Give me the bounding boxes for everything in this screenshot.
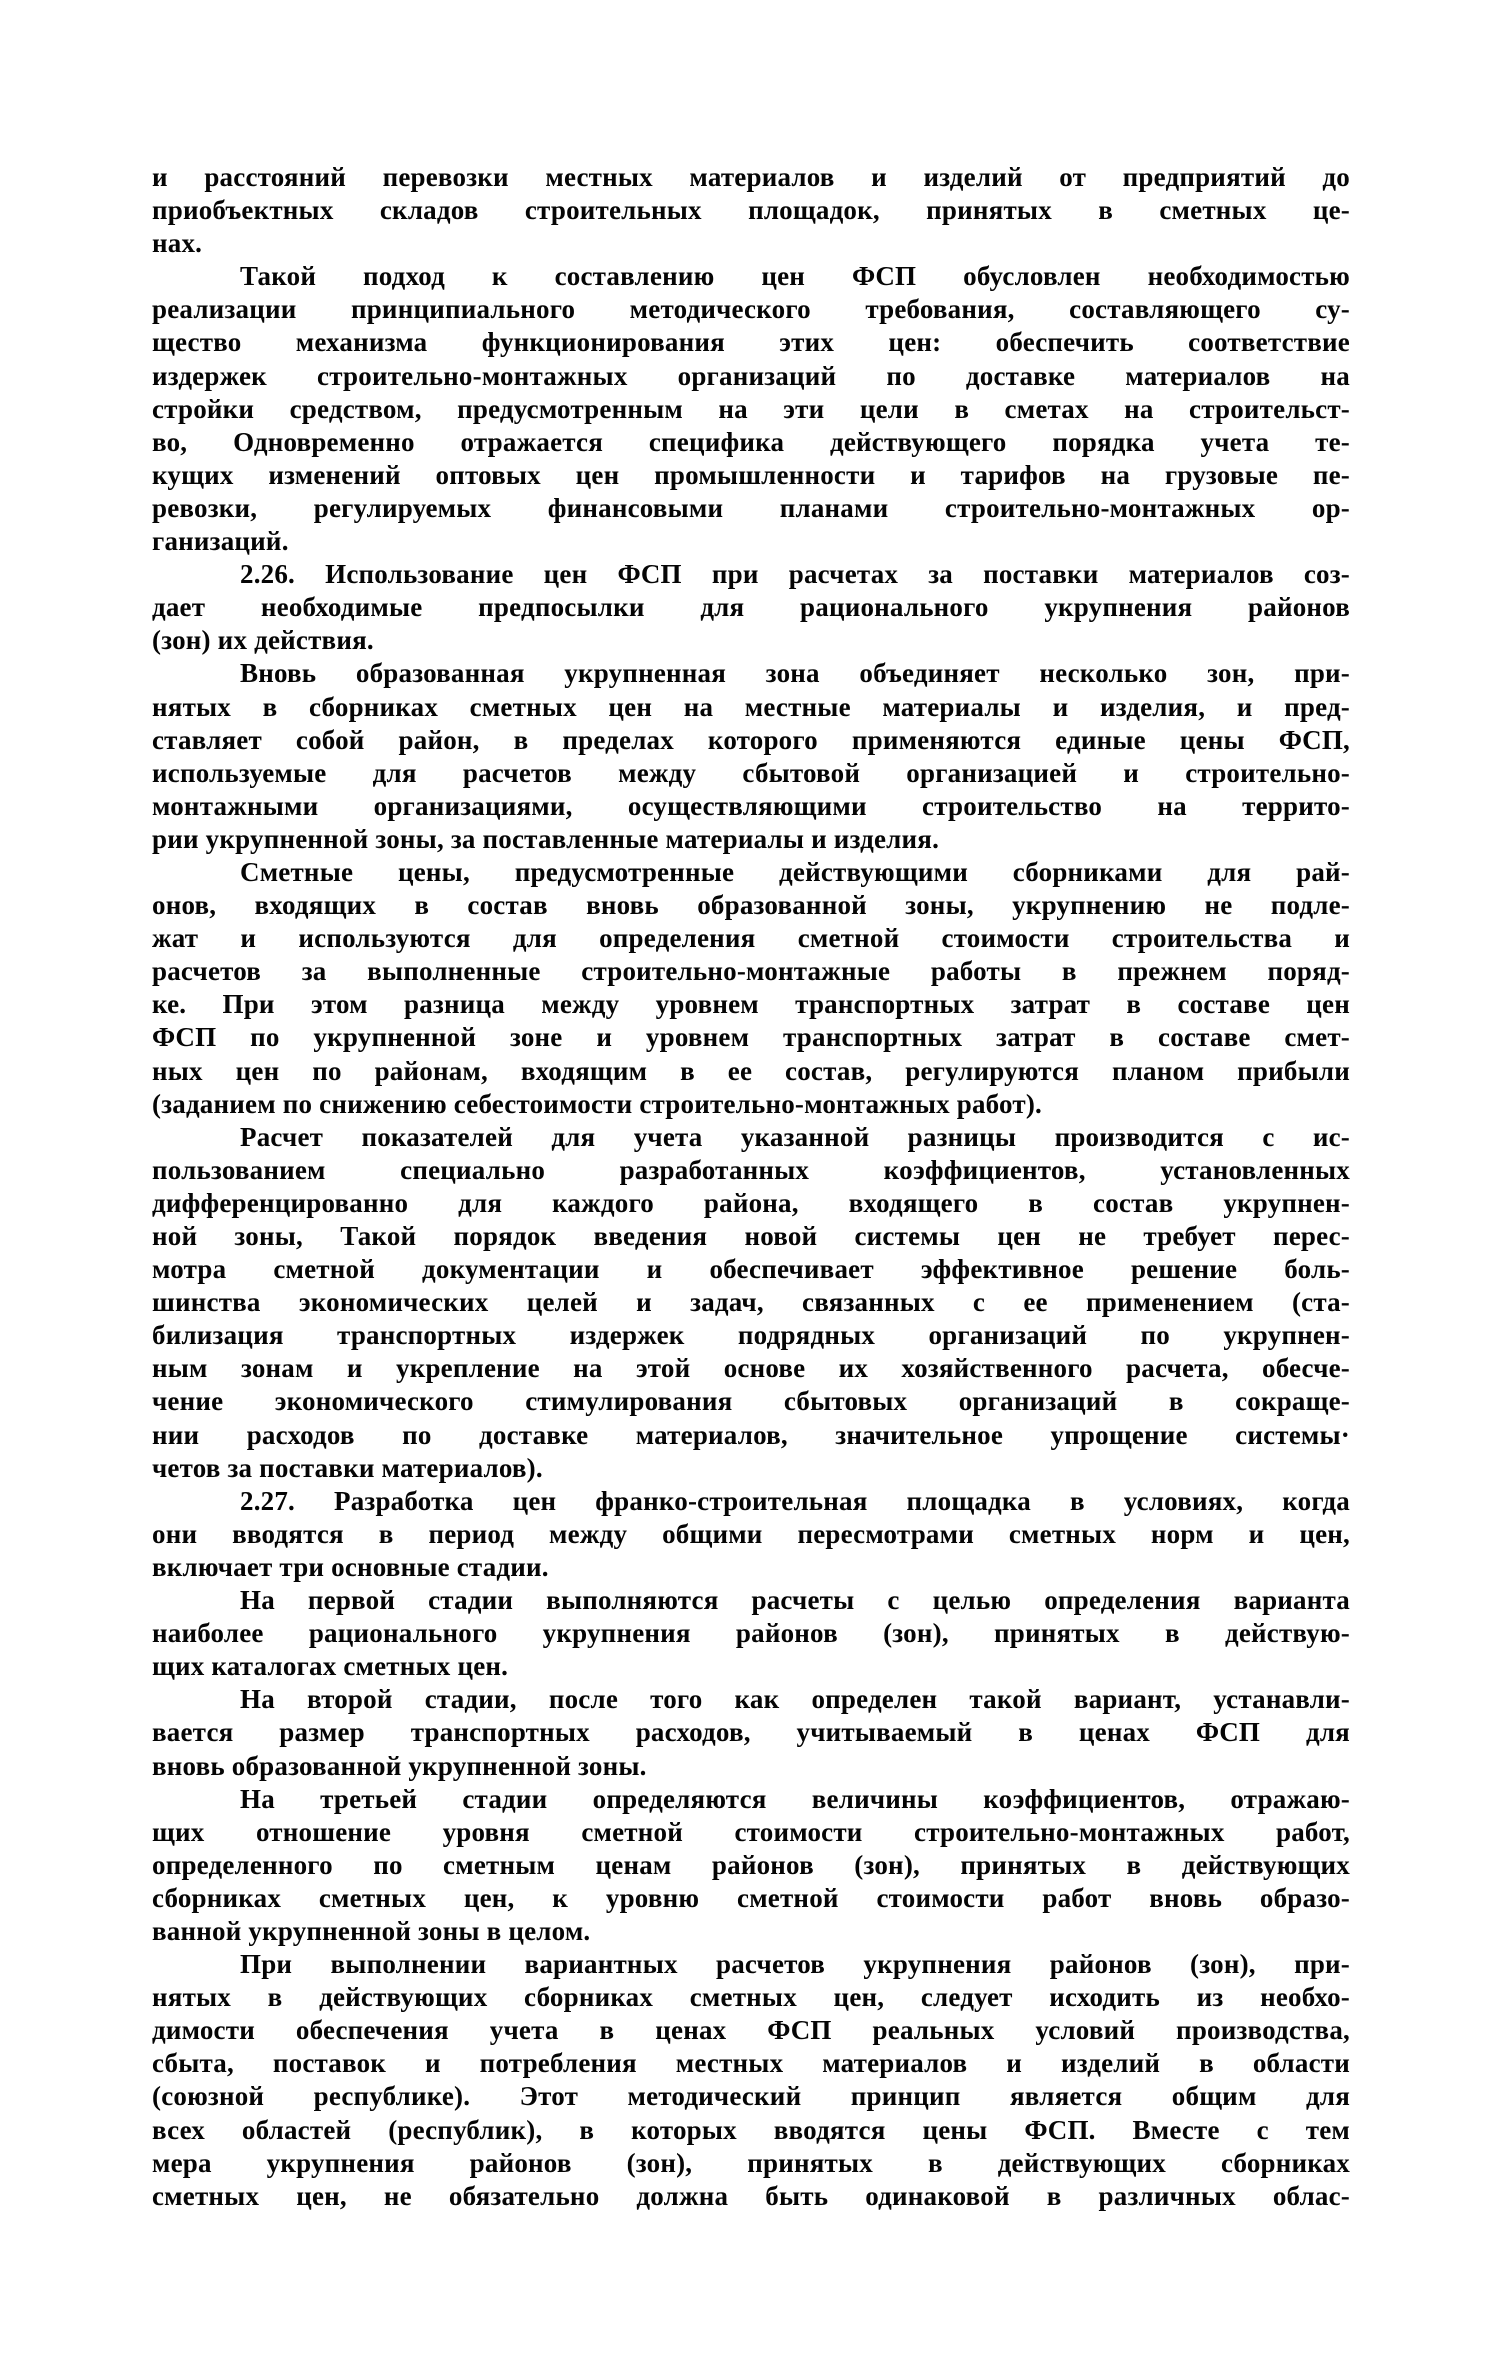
text-line: сбыта, поставок и потребления местных ма…: [152, 2047, 1350, 2080]
text-line: реализации принципиального методического…: [152, 293, 1350, 326]
text-line: ревозки, регулируемых финансовыми планам…: [152, 492, 1350, 525]
text-line: ФСП по укрупненной зоне и уровнем трансп…: [152, 1021, 1350, 1054]
text-line: чение экономического стимулирования сбыт…: [152, 1385, 1350, 1418]
text-line: ганизаций.: [152, 525, 1350, 558]
text-line: 2.26. Использование цен ФСП при расчетах…: [152, 558, 1350, 591]
text-line: вновь образованной укрупненной зоны.: [152, 1750, 1350, 1783]
text-line: билизация транспортных издержек подрядны…: [152, 1319, 1350, 1352]
text-line: расчетов за выполненные строительно-монт…: [152, 955, 1350, 988]
text-line: ных цен по районам, входящим в ее состав…: [152, 1055, 1350, 1088]
text-line: нятых в действующих сборниках сметных це…: [152, 1981, 1350, 2014]
text-line: дифференцированно для каждого района, вх…: [152, 1187, 1350, 1220]
text-line: нии расходов по доставке материалов, зна…: [152, 1419, 1350, 1452]
text-line: вается размер транспортных расходов, учи…: [152, 1716, 1350, 1749]
text-line: онов, входящих в состав вновь образованн…: [152, 889, 1350, 922]
text-line: стройки средством, предусмотренным на эт…: [152, 393, 1350, 426]
text-line: используемые для расчетов между сбытовой…: [152, 757, 1350, 790]
text-line: (союзной республике). Этот методический …: [152, 2080, 1350, 2113]
text-line: мера укрупнения районов (зон), принятых …: [152, 2147, 1350, 2180]
text-line: включает три основные стадии.: [152, 1551, 1350, 1584]
text-line: Такой подход к составлению цен ФСП обусл…: [152, 260, 1350, 293]
text-line: жат и используются для определения сметн…: [152, 922, 1350, 955]
text-line: щество механизма функционирования этих ц…: [152, 326, 1350, 359]
text-line: димости обеспечения учета в ценах ФСП ре…: [152, 2014, 1350, 2047]
text-line: ке. При этом разница между уровнем транс…: [152, 988, 1350, 1021]
text-line: нах.: [152, 227, 1350, 260]
text-line: пользованием специально разработанных ко…: [152, 1154, 1350, 1187]
text-line: 2.27. Разработка цен франко-строительная…: [152, 1485, 1350, 1518]
text-line: щих каталогах сметных цен.: [152, 1650, 1350, 1683]
text-line: приобъектных складов строительных площад…: [152, 194, 1350, 227]
text-line: сметных цен, не обязательно должна быть …: [152, 2180, 1350, 2213]
text-line: ванной укрупненной зоны в целом.: [152, 1915, 1350, 1948]
text-line: При выполнении вариантных расчетов укруп…: [152, 1948, 1350, 1981]
text-line: сборниках сметных цен, к уровню сметной …: [152, 1882, 1350, 1915]
text-line: во, Одновременно отражается специфика де…: [152, 426, 1350, 459]
text-line: Сметные цены, предусмотренные действующи…: [152, 856, 1350, 889]
text-line: всех областей (республик), в которых вво…: [152, 2114, 1350, 2147]
scanned-document-page: и расстояний перевозки местных материало…: [0, 0, 1501, 2362]
text-line: наиболее рационального укрупнения районо…: [152, 1617, 1350, 1650]
text-line: Расчет показателей для учета указанной р…: [152, 1121, 1350, 1154]
text-line: шинства экономических целей и задач, свя…: [152, 1286, 1350, 1319]
text-line: Вновь образованная укрупненная зона объе…: [152, 657, 1350, 690]
text-line: нятых в сборниках сметных цен на местные…: [152, 691, 1350, 724]
text-line: и расстояний перевозки местных материало…: [152, 161, 1350, 194]
text-line: На третьей стадии определяются величины …: [152, 1783, 1350, 1816]
text-line: четов за поставки материалов).: [152, 1452, 1350, 1485]
text-line: ным зонам и укрепление на этой основе их…: [152, 1352, 1350, 1385]
text-line: ной зоны, Такой порядок введения новой с…: [152, 1220, 1350, 1253]
text-line: они вводятся в период между общими перес…: [152, 1518, 1350, 1551]
text-line: издержек строительно-монтажных организац…: [152, 360, 1350, 393]
text-line: (заданием по снижению себестоимости стро…: [152, 1088, 1350, 1121]
text-line: монтажными организациями, осуществляющим…: [152, 790, 1350, 823]
text-line: кущих изменений оптовых цен промышленнос…: [152, 459, 1350, 492]
text-line: определенного по сметным ценам районов (…: [152, 1849, 1350, 1882]
text-line: На второй стадии, после того как определ…: [152, 1683, 1350, 1716]
text-line: дает необходимые предпосылки для рациона…: [152, 591, 1350, 624]
text-line: На первой стадии выполняются расчеты с ц…: [152, 1584, 1350, 1617]
text-line: рии укрупненной зоны, за поставленные ма…: [152, 823, 1350, 856]
document-text-block: и расстояний перевозки местных материало…: [152, 161, 1350, 2213]
text-line: щих отношение уровня сметной стоимости с…: [152, 1816, 1350, 1849]
text-line: (зон) их действия.: [152, 624, 1350, 657]
text-line: мотра сметной документации и обеспечивае…: [152, 1253, 1350, 1286]
text-line: ставляет собой район, в пределах которог…: [152, 724, 1350, 757]
